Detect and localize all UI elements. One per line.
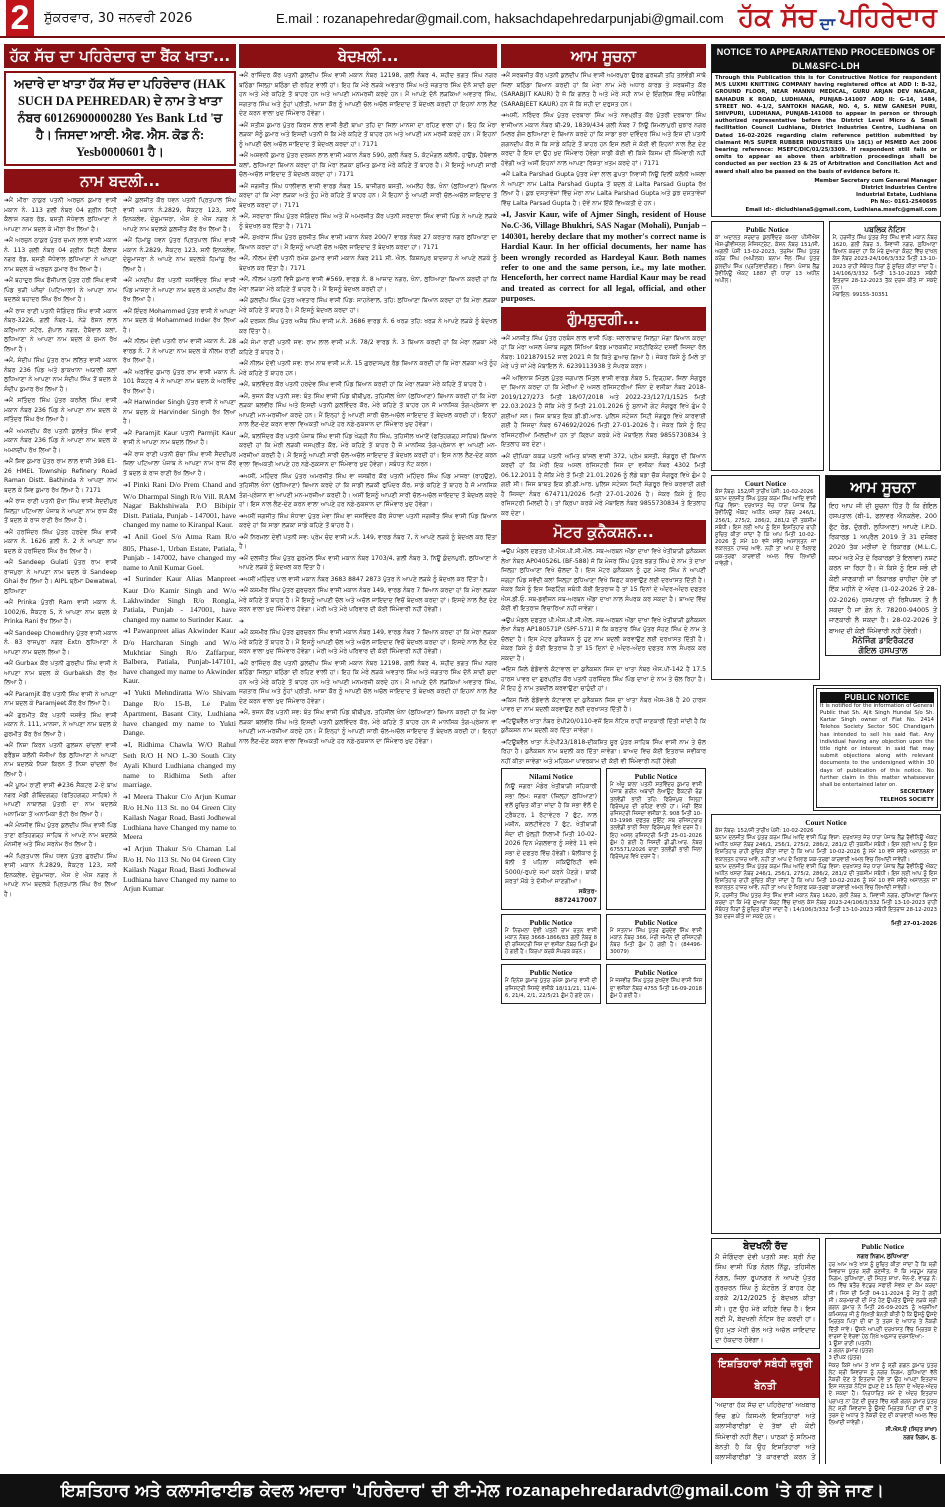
list-item: ਮੈਂ ਪ੍ਰਿਤਪਾਲ ਸਿੰਘ ਧਵਨ ਪੁੱਤਰ ਗੁਰਦੀਪ ਸਿੰਘ … [4,852,117,900]
public-notice-text: ਮੈਂ ਅੰਜੂ ਬਾਲਾ ਪਤਨੀ ਸਤਵਿੰਦਰ ਕੁਮਾਰ ਵਾਸੀ ਪੰ… [610,782,702,861]
list-item: ਮੈਂ ਅਵਿਨਾਸ਼ ਮਿੱਤਲ ਪੁੱਤਰ ਜਗਪਾਲ ਮਿੱਤਲ ਵਾਸੀ… [501,374,706,450]
municipal-subtitle: ਨਗਰ ਨਿਗਮ, ਲੁਧਿਆਣਾ [829,1252,938,1262]
right-stack: ਆਮ ਸੂਚਨਾ ਇਹ ਆਪ ਜੀ ਦੀ ਸੂਚਨਾ ਹਿੱਤ ਹੈ ਕਿ ਗੋ… [825,475,941,684]
list-item: ਮੈਂ ਮੀਰਾ ਠਾਕੁਰ ਪਤਨੀ ਅਰਜੁਨ ਕੁਮਾਰ ਵਾਸੀ ਮਕਾ… [4,196,117,234]
list-item: ਮੈਂ ਰਾਜ ਰਾਣੀ ਪਤਨੀ ਸੁੱਚਾ ਸਿੰਘ ਵਾਸੀ ਸੈਦਦੀਪ… [123,450,236,479]
list-item: ਮੈਂ, ਨੀਲਮ ਪਤਨੀ ਵਿਜੈ ਕੁਮਾਰ ਵਾਸੀ #569, ਵਾਰ… [239,275,497,294]
notice-grid-2: Public Notice ਮੈਂ ਨਿਰਮਲਾ ਦੇਵੀ ਪਤਨੀ ਰਾਮ ਰ… [501,914,706,965]
public-notice-box-4: Public Notice ਮੈਂ ਦਿਨੇਸ਼ ਕੁਮਾਰ ਪੁੱਤਰ ਰਮੇ… [501,964,601,1004]
list-item: ਉਪ ਮੰਡਲ ਦਫਤਰ ਪੀ.ਐਸ.ਪੀ.ਸੀ.ਐਲ. ਸਬ-ਅਰਬਨ ਔਡਾ… [501,547,706,614]
logo-text-3: ਪਹਿਰੇਦਾਰ [839,3,937,34]
municipal-text-2: ਜੇਕਰ ਕਿਸੇ ਆਮ ਤੇ ਖਾਸ ਨੂੰ ਸ਼੍ਰੀ ਗਗਨ ਕੁਮਾਰ … [829,1363,938,1428]
heir-3: 3 ਦੀਪਕ (ਪੁੱਤਰ) [829,1355,938,1362]
parshkish-notice-title: ਪਬਲਿਕ ਨੋਟਿਸ [833,225,938,235]
hospital-notice-text: ਇਹ ਆਪ ਜੀ ਦੀ ਸੂਚਨਾ ਹਿੱਤ ਹੈ ਕਿ ਗੋਇਲ ਹਸਪਤਾਲ… [826,501,940,636]
list-item: ਮੈਂ, ਸੰਦੀਪ ਸਿੰਘ ਪੁੱਤਰ ਰਾਮ ਲਲਿਤ ਵਾਸੀ ਮਕਾਨ… [4,356,117,394]
telehos-sign-1: SECRETARY [820,789,934,796]
list-item [239,617,497,627]
list-item: ਅਸੀਂ ਜਗਜੀਤ ਸਿੰਘ ਸੰਧਾਵਾ ਪੁੱਤਰ ਮੇਵਾ ਸਿੰਘ ਵ… [239,512,497,531]
column-public-notice: ਆਮ ਸੂਚਨਾ ਮੈਂ ਸਰਬਜੀਤ ਕੌਰ ਪਤਨੀ ਕੁਲਦੀਪ ਸਿੰਘ… [501,44,706,1464]
list-item-english: I Surinder Kaur Alias Manpreet Kaur D/o … [123,574,236,624]
court-notice-meta: ਕੇਸ ਨੰਬਰ: 152/ਸੀ ਤਾਰੀਖ ਪੇਸ਼ੀ: 10-02-2026 [715,828,937,835]
dlm-sign-2: District Industries Centre [712,185,940,192]
list-item: ਮੈਂ ਰਾਜਿੰਦਰ ਕੌਰ ਪਤਨੀ ਕੁਲਦੀਪ ਸਿੰਘ ਵਾਸੀ ਮਕ… [239,659,497,707]
list-item: ਮੈਂ ਹਿਮਾਂਸ਼ੂ ਧਵਨ ਪੁੱਤਰ ਪ੍ਰਿਤਪਾਲ ਸਿੰਘ ਵਾਸ… [123,236,236,274]
dlm-sign-email[interactable]: Email id:- dicludhiana5@gmail.com, Ludhi… [712,207,940,216]
municipal-notice-box: Public Notice ਨਗਰ ਨਿਗਮ, ਲੁਧਿਆਣਾ ਹਰ ਆਮ ਅਤ… [825,1238,942,1464]
municipal-sign-1: ਸੀ.ਐਸ.ਓ (ਸਿਹਤ ਸ਼ਾਖਾ) [829,1427,938,1434]
list-item: ਮੈਂ ਗੁਰਮੀਤ ਕੌਰ ਪਤਨੀ ਜਸਵੰਤ ਸਿੰਘ ਵਾਸੀ ਮਕਾਨ… [4,711,117,740]
list-item: ਮੈਂ Prinka ਪੁੱਤਰੀ Ram ਵਾਸੀ ਮਕਾਨ ਨੰ. 1002… [4,598,117,627]
notice-grid-1: Nilami Notice ਨਿਊ ਜਗਰਾ ਮੰਡੇਰ ਖੇਤੀਬਾੜੀ ਸਹ… [501,768,706,914]
page-header: 2 ਸ਼ੁੱਕਰਵਾਰ, 30 ਜਨਵਰੀ 2026 E.mail : roza… [0,0,945,38]
list-item: ਮੈਂ ਸਤਿੰਦਰ ਸਿੰਘ ਪੁੱਤਰ ਕਰਨੈਲ ਸਿੰਘ ਵਾਸੀ ਮਕ… [4,396,117,425]
dlm-notice-heading: NOTICE TO APPEAR/ATTEND PROCEEDINGS OF D… [712,45,940,73]
list-item: ਮੈਂ ਨੀਲਮ ਦੇਵੀ ਪਤਨੀ ਸਵ: ਰਾਮ ਨਾਥ ਵਾਸੀ ਮ.ਨੰ… [239,359,497,378]
list-item: ਮੈਂ ਮਨਜੀਤ ਸਿੰਘ ਪੁੱਤਰ ਹਰਬੰਸ ਲਾਲ ਵਾਸੀ ਪਿੰਡ… [501,334,706,372]
municipal-title: Public Notice [829,1242,938,1252]
list-item-english: I, Ridhima Chawla W/O Rahul Seth R/O H N… [123,740,236,790]
notice-row-3: ਬੇਦਖਲੀ ਰੱਦ ਮੈਂ ਜੋਗਿੰਦਰਾ ਦੇਵੀ ਪਤਨੀ ਸਵ: ਸ਼… [711,1238,941,1464]
list-item: ਮੈਂ, ਸਰਦਾਰਾ ਸਿੰਘ ਪੁੱਤਰ ਜੋਗਿੰਦਰ ਸਿੰਘ ਅਤੇ … [239,212,497,231]
list-item: ਇਸ ਜ਼ਿਲੇ ਫੰਡੋਵਾਲੇ ਕੋਟਾਵਾਲ ਦਾ ਕੁਨੈਕਸ਼ਨ ਜਿ… [501,665,706,694]
logo-text-1: ਹੱਕ ਸੱਚ [738,3,816,34]
auction-notice-sign: ਸਕੱਤਰ- [505,887,597,897]
list-item-english: I Pawanpreet alias Akwinder Kaur D/o Har… [123,626,236,686]
court-public-notice-title: Public Notice [715,225,820,235]
revocation-notice-box: ਬੇਦਖਲੀ ਰੱਦ ਮੈਂ ਜੋਗਿੰਦਰਾ ਦੇਵੀ ਪਤਨੀ ਸਵ: ਸ਼… [711,1238,820,1350]
dlm-notice-text: Through this Publication this is for Con… [712,73,940,178]
public-notice-box-2: Public Notice ਮੈਂ ਨਿਰਮਲਾ ਦੇਵੀ ਪਤਨੀ ਰਾਮ ਰ… [501,914,601,961]
list-item: ਟਿਊਬਵੈੱਲ ਖਾਤਾ ਨੰਬਰ ਏਪੀ20/0110-ਵਜੋਂ ਇਸ ਨੋ… [501,717,706,736]
list-item: ਮੈਂ Paramjit ਕੌਰ ਪਤਨੀ ਸਿੰਘ ਵਾਸੀ ਨੇ ਆਪਣਾ … [4,690,117,709]
list-item: ਮੈਂ ਨਿਰਮਲਾ ਦੇਵੀ ਪਤਨੀ ਸਵ: ਪ੍ਰੇਮ ਚੰਦ ਵਾਸੀ … [239,533,497,552]
public-notice-title: Public Notice [610,772,702,782]
public-notice-text: ਮੈਂ ਜਸਵੀਰ ਸਿੰਘ ਪੁੱਤਰ ਸੁਖਦੇਵ ਸਿੰਘ ਵਾਸੀ ਜਿ… [610,978,702,1000]
court-notice-left: Court Notice ਕੇਸ ਨੰਬਰ: 152/ਸੀ ਤਾਰੀਖ ਪੇਸ਼… [711,475,820,680]
list-item: ਮੈਂ ਮੰਨਜੀਵ ਸਿੰਘ ਪੁੱਤਰ ਕੁਲਦੀਪ ਸਿੰਘ ਵਾਸੀ ਪ… [4,821,117,850]
list-item: ਮੈਂ ਨਿਸ਼ਾ ਕਿਰਨ ਪਤਨੀ ਗੁਲਸ਼ਨ ਚਾਂਦਲਾਂ ਵਾਸੀ … [4,741,117,779]
notice-grid-3: Public Notice ਮੈਂ ਦਿਨੇਸ਼ ਕੁਮਾਰ ਪੁੱਤਰ ਰਮੇ… [501,964,706,1008]
dlm-notice-box: NOTICE TO APPEAR/ATTEND PROCEEDINGS OF D… [711,44,941,217]
list-item: ਕਿਸ ਜ਼ਿਲੇ ਫੰਡੋਵਾਲੇ ਕੋਟਾਵਾਲ ਦਾ ਕੁਨੈਕਸ਼ਨ ਜ… [501,696,706,715]
list-item: ਮੈਂ ਹਰਜਿੰਦਰ ਸਿੰਘ ਪੁੱਤਰ ਹਰਦੇਵ ਸਿੰਘ ਵਾਸੀ ਮ… [4,528,117,557]
list-item: ਮੈਂ Paramjit Kaur ਪਤਨੀ Parmjit Kaur ਵਾਸੀ… [123,429,236,448]
list-item-english: I Arjun Thakur S/o Chaman Lal R/o H. No … [123,844,236,894]
telehos-heading: PUBLIC NOTICE [820,692,934,703]
public-notice-text: ਮੈਂ ਨਿਰਮਲਾ ਦੇਵੀ ਪਤਨੀ ਰਾਮ ਰਤਨ ਵਾਸੀ ਮਕਾਨ ਨ… [505,928,597,957]
lost-heading: ਗੁੰਮਸ਼ੁਦਗੀ... [501,307,706,331]
list-item: ਮੈਂ, ਸੁਖਰਾਜ ਸਿੰਘ ਪੁੱਤਰ ਸੁਰਜੀਤ ਸਿੰਘ ਵਾਸੀ … [239,233,497,252]
telehos-text: It is notified for the information of Ge… [820,703,934,789]
header-email[interactable]: E.mail : rozanapehredar@gmail.com, haksa… [276,11,726,26]
revocation-title: ਬੇਦਖਲੀ ਰੱਦ [715,1242,816,1252]
list-item: ਮੈਂ ਅਮਨਦੀਪ ਕੌਰ ਪਤਨੀ ਕੁਲਵੰਤ ਸਿੰਘ ਵਾਸੀ ਮਕਾ… [4,427,117,456]
disinheritance-heading: ਬੇਦਖ਼ਲੀ... [239,44,497,68]
list-item: ਮੈਂ ਕੁਲਦੀਪ ਸਿੰਘ ਪੁੱਤਰ ਅਵਤਾਰ ਸਿੰਘ ਵਾਸੀ ਪਿ… [239,296,497,315]
parshkish-phone: ਮੋਬਾਇਲ: 99155-30351 [833,292,938,299]
issue-date: ਸ਼ੁੱਕਰਵਾਰ, 30 ਜਨਵਰੀ 2026 [44,11,234,26]
list-item: ਮੈਂ ਰਾਜ ਰਾਣੀ ਪਤਨੀ ਜੋਗਿੰਦਰ ਸਿੰਘ ਵਾਸੀ ਮਕਾਨ… [4,307,117,355]
telehos-sign-2: TELEHOS SOCIETY [820,797,934,804]
list-item-english: I Anil Goel S/o Atma Ram R/o 805, Phase-… [123,532,236,572]
list-item-english: I Yukti Mehndiratta W/o Shivam Dange R/o… [123,688,236,738]
court-notice-text: ਬਨਾਮ ਦਲਜੀਤ ਸਿੰਘ ਪੁੱਤਰ ਕਰਮ ਸਿੰਘ ਆਦਿ ਵਾਸੀ … [715,496,816,568]
court-notice-title: Court Notice [715,479,816,489]
public-notice-title: Public Notice [610,918,702,928]
list-item: ਮੈਂ ਸ਼ਿਵ ਕੁਮਾਰ ਪੁੱਤਰ ਰਾਮ ਲਾਲ ਵਾਸੀ 398 E1… [4,457,117,495]
footer-text: ਇਸ਼ਤਿਹਾਰ ਅਤੇ ਕਲਾਸੀਫਾਈਡ ਕੇਵਲ ਅਦਾਰਾ 'ਪਹਿਰੇ… [61,1481,500,1501]
public-notice-text: ਮੈਂ ਦਿਨੇਸ਼ ਕੁਮਾਰ ਪੁੱਤਰ ਰਮੇਸ਼ ਕੁਮਾਰ ਵਾਸੀ … [505,978,597,1000]
court-notice-text-repeat: ਮੈਂ, ਹਰਜੀਤ ਸਿੰਘ ਪੁੱਤਰ ਸੰਤ ਸਿੰਘ ਵਾਸੀ ਮਕਾਨ… [715,893,937,922]
dlm-sign-3: Industrial Estate, Ludhiana [712,192,940,199]
list-item: ਮੈਂ, ਭਜਨ ਕੌਰ ਪਤਨੀ ਸਵ: ਬੰਤ ਸਿੰਘ ਵਾਸੀ ਪਿੰਡ… [239,708,497,746]
list-item: ਮੈਂ Gurbax ਕੌਰ ਪਤਨੀ ਗੁਰਦੀਪ ਸਿੰਘ ਵਾਸੀ ਨੇ … [4,659,117,688]
hospital-notice-box: ਆਮ ਸੂਚਨਾ ਇਹ ਆਪ ਜੀ ਦੀ ਸੂਚਨਾ ਹਿੱਤ ਹੈ ਕਿ ਗੋ… [825,475,941,656]
list-item: ਮੈਂ ਰਾਜ ਰਾਣੀ ਪਤਨੀ ਸੁੱਖਾ ਸਿੰਘ ਵਾਸੀ ਸੈਦਦੀਪ… [4,497,117,526]
list-item: ਮੈਂ Sandeep Chowdhry ਪੁੱਤਰ ਵਾਸੀ ਮਕਾਨ ਨੰ.… [4,629,117,658]
public-notice-title: Public Notice [610,968,702,978]
court-public-notice: Public Notice ਕਾ ਅਦਾਲਤ ਸਰਦਾਰ ਕੁਲਵਿੰਦਰ ਕਮ… [711,221,824,471]
public-notice-box-1: Public Notice ਮੈਂ ਅੰਜੂ ਬਾਲਾ ਪਤਨੀ ਸਤਵਿੰਦਰ… [606,768,706,910]
list-item: ਮੈਂ ਕਸ਼ਮੀਰ ਸਿੰਘ ਪੁੱਤਰ ਗੁਰਚਰਨ ਸਿੰਘ ਵਾਸੀ ਮ… [239,586,497,615]
motor-connection-heading: ਮੋਟਰ ਕੁਨੈਕਸ਼ਨ... [501,520,706,544]
list-item: ਮੈਂ ਕਸ਼ਮੀਰ ਸਿੰਘ ਪੁੱਤਰ ਗੁਰਚਰਨ ਸਿੰਘ ਵਾਸੀ ਮ… [239,628,497,657]
dlm-sign-4: Ph No:- 0161-2540695 [712,199,940,206]
footer-band: ਇਸ਼ਤਿਹਾਰ ਅਤੇ ਕਲਾਸੀਫਾਈਡ ਕੇਵਲ ਅਦਾਰਾ 'ਪਹਿਰੇ… [0,1474,945,1507]
general-notice-heading: ਆਮ ਸੂਚਨਾ [501,44,706,68]
list-item: ਮੈਂ ਦਰਸ਼ਨ ਸਿੰਘ ਪੁੱਤਰ ਅਜੈਬ ਸਿੰਘ ਵਾਸੀ ਮ.ਨੰ… [239,317,497,336]
list-item: ਮੈਂ ਬਹਾਦੁਰ ਸਿੰਘ ਫੌਜੀਪਾਲ ਪੁੱਤਰ ਹਰੀ ਸਿੰਘ ਵ… [4,276,117,305]
public-notice-text: ਮੈਂ ਸਤਨਾਮ ਸਿੰਘ ਪੁੱਤਰ ਗੁਰਦੇਵ ਸਿੰਘ ਵਾਸੀ ਮਕ… [610,928,702,957]
name-change-list: ਮੈਂ ਮੀਰਾ ਠਾਕੁਰ ਪਤਨੀ ਅਰਜੁਨ ਕੁਮਾਰ ਵਾਸੀ ਮਕਾ… [4,196,236,899]
list-item: ਮੈਂ, ਨੀਲਮ ਦੇਵੀ ਪਤਨੀ ਰਮੇਸ਼ ਕੁਮਾਰ ਵਾਸੀ ਮਕਾ… [239,254,497,273]
list-item: ਮੈਂ Lalta Parshad Gupta ਪੁੱਤਰ ਮੇਵਾ ਲਾਲ ਗ… [501,170,706,208]
list-item: ਮੈਂ ਦੀਪਿਕਾ ਕਕੜ ਪਤਨੀ ਅਮਿਤ ਬਾਂਸਲ ਵਾਸੀ 372,… [501,452,706,519]
list-item: ਮੈਂ ਦਲਜੀਤ ਸਿੰਘ ਪੁੱਤਰ ਗੁਰਮੇਲ ਸਿੰਘ ਵਾਸੀ ਮਕ… [239,554,497,573]
bank-account-heading: ਹੱਕ ਸੱਚ ਦਾ ਪਹਿਰੇਦਾਰ ਦਾ ਬੈਂਕ ਖਾਤਾ... [4,44,236,68]
list-item: ਮੈਂ, ਭਜਨ ਕੌਰ ਪਤਨੀ ਸਵ: ਬੰਤ ਸਿੰਘ ਵਾਸੀ ਪਿੰਡ… [239,392,497,430]
list-item: ਮੈਂ ਸੇਮਾ ਰਾਣੀ ਪਤਨੀ ਸਵ: ਰਾਮ ਲਾਲ ਵਾਸੀ ਮ.ਨੰ… [239,338,497,357]
municipal-sign-2: ਨਗਰ ਨਿਗਮ, ਲੁ. [829,1435,938,1442]
court-notice-text-repeat: ਬਨਾਮ ਦਲਜੀਤ ਸਿੰਘ ਪੁੱਤਰ ਕਰਮ ਸਿੰਘ ਆਦਿ ਵਾਸੀ … [715,864,937,893]
auction-notice-text: ਨਿਊ ਜਗਰਾ ਮੰਡੇਰ ਖੇਤੀਬਾੜੀ ਸਹਿਕਾਰੀ ਸਭਾ ਲਿਮ:… [505,782,597,887]
column-name-change: ਹੱਕ ਸੱਚ ਦਾ ਪਹਿਰੇਦਾਰ ਦਾ ਬੈਂਕ ਖਾਤਾ... ਅਦਾਰ… [4,44,236,1464]
revocation-text: ਮੈਂ ਜੋਗਿੰਦਰਾ ਦੇਵੀ ਪਤਨੀ ਸਵ: ਸ਼੍ਰੀ ਨੰਦ ਸਿੰ… [715,1252,816,1346]
list-item: ਮੈਂ ਸਰਬਜੀਤ ਕੌਰ ਪਤਨੀ ਕੁਲਦੀਪ ਸਿੰਘ ਵਾਸੀ ਅਮਰ… [501,71,706,109]
list-item: ਮੈਂ ਕੁਲਜੀਤ ਕੌਰ ਧਵਨ ਪਤਨੀ ਪ੍ਰਿਤਪਾਲ ਸਿੰਘ ਵਾ… [123,196,236,234]
list-item: ਮੈਂ, ਬਲਵਿੰਦਰ ਕੌਰ ਪਤਨੀ ਹਰਦੇਵ ਸਿੰਘ ਵਾਸੀ ਪਿ… [239,380,497,390]
court-notice-wide: Court Notice ਕੇਸ ਨੰਬਰ: 152/ਸੀ ਤਾਰੀਖ ਪੇਸ਼… [711,814,941,1234]
court-notice-title: Court Notice [715,818,937,828]
court-notice-text: ਬਨਾਮ ਦਲਜੀਤ ਸਿੰਘ ਪੁੱਤਰ ਕਰਮ ਸਿੰਘ ਆਦਿ ਵਾਸੀ … [715,835,937,864]
list-item: ਮੈਂ ਜਗਜੀਤ ਸਿੰਘ ਧਾਲੀਵਾਲ ਵਾਸੀ ਵਾਰਡ ਨੰਬਰ 15… [239,182,497,211]
auction-notice-phone: 8872417007 [505,896,597,906]
bank-account-box: ਅਦਾਰੇ ਦਾ ਖਾਤਾ ਹੱਕ ਸੱਚ ਦਾ ਪਹਿਰੇਦਾਰ (HAK S… [4,71,236,166]
court-public-notice-text: ਕਾ ਅਦਾਲਤ ਸਰਦਾਰ ਕੁਲਵਿੰਦਰ ਕਮਲਾ ਪੀਸੀਐਸ ਐਸ-ਡ… [715,235,820,285]
page-number: 2 [6,0,34,36]
public-notice-box-5: Public Notice ਮੈਂ ਜਸਵੀਰ ਸਿੰਘ ਪੁੱਤਰ ਸੁਖਦੇ… [606,964,706,1004]
list-item: ਮੈਂ Sandeep Gulati ਪੁੱਤਰ ਰਾਮ ਵਾਸੀ ਰਾਜਪੁਰ… [4,558,117,596]
public-notice-box-3: Public Notice ਮੈਂ ਸਤਨਾਮ ਸਿੰਘ ਪੁੱਤਰ ਗੁਰਦੇ… [606,914,706,961]
public-notice-title: Public Notice [505,968,597,978]
court-notice-date: ਮਿਤੀ 27-01-2026 [715,921,937,928]
notice-row-2: Court Notice ਕੇਸ ਨੰਬਰ: 152/ਸੀ ਤਾਰੀਖ ਪੇਸ਼… [711,475,941,684]
auction-notice-title: Nilami Notice [505,772,597,782]
list-item-english: I Meera Thakur C/o Arjun Kumar R/o H.No … [123,792,236,842]
parshkish-notice: ਪਬਲਿਕ ਨੋਟਿਸ ਮੈਂ, ਹਰਜੀਤ ਸਿੰਘ ਪੁੱਤਰ ਸੰਤ ਸਿ… [829,221,942,471]
hospital-notice-heading: ਆਮ ਸੂਚਨਾ [826,476,940,498]
list-item: ਟਿਊਬਵੈੱਲ ਖਾਤਾ ਨੰ.ਏਪੀ23/1818-ਦੀਕਸ਼ਿਤ ਸੂਰ … [501,738,706,767]
logo-text-2: ਦਾ [820,14,835,34]
parshkish-notice-text: ਮੈਂ, ਹਰਜੀਤ ਸਿੰਘ ਪੁੱਤਰ ਸੰਤ ਸਿੰਘ ਵਾਸੀ ਮਕਾਨ… [833,235,938,293]
list-item: ਮੈਂ ਇੰਦਰ Mohammed ਪੁੱਤਰ ਵਾਸੀ ਨੇ ਆਪਣਾ ਨਾਮ… [123,307,236,336]
list-item: ਮੈਂ ਅਸ਼ਵਨੀ ਕੁਮਾਰ ਪੁੱਤਰ ਦਰਸ਼ਨ ਲਾਲ ਵਾਸੀ ਮਕ… [239,151,497,180]
list-item: ਮੈਂ ਮਨਦੀਪ ਕੌਰ ਪਤਨੀ ਜਸਵਿੰਦਰ ਸਿੰਘ ਵਾਸੀ ਪਿੰ… [123,276,236,305]
masthead-logo: ਹੱਕ ਸੱਚ ਦਾ ਪਹਿਰੇਦਾਰ [738,3,937,34]
list-item: ਮੈਂ ਅਰਵਿੰਦ ਕੁਮਾਰ ਪੁੱਤਰ ਰਾਮ ਵਾਸੀ ਮਕਾਨ ਨੰ.… [123,368,236,397]
english-notice: I, Jasvir Kaur, wife of Ajmer Singh, res… [501,210,706,305]
telehos-notice-box: PUBLIC NOTICE It is notified for the inf… [816,688,938,808]
name-change-heading: ਨਾਮ ਬਦਲੀ... [4,169,236,193]
list-item: ਮੈਂ ਪੂਨਮ ਰਾਣੀ ਵਾਸੀ #236 ਸੈਕਟਰ 2-ਏ ਬਾਘ ਨਗ… [4,781,117,819]
column-disinheritance: ਬੇਦਖ਼ਲੀ... ਮੈਂ ਰਾਜਿੰਦਰ ਕੌਰ ਪਤਨੀ ਕੁਲਦੀਪ ਸ… [239,44,497,1464]
court-notice-meta: ਕੇਸ ਨੰਬਰ: 152/ਸੀ ਤਾਰੀਖ ਪੇਸ਼ੀ: 10-02-2026 [715,489,816,496]
list-item: ਮੈਂ ਸਤੀਸ਼ ਕੁਮਾਰ ਪੁੱਤਰ ਕਿਰਜ ਲਾਲ ਵਾਸੀ ਭੈਣੀ… [239,121,497,150]
appeal-text: 'ਅਦਾਰਾ ਹੱਕ ਸੱਚ ਦਾ ਪਹਿਰੇਦਾਰ' ਅਖ਼ਬਾਰ ਵਿਚ ਛ… [712,1398,819,1464]
hospital-sign-2: ਗੋਇਲ ਹਸਪਤਾਲ [826,646,940,656]
hospital-sign-1: ਮੈਨੇਜਿੰਗ ਡਾਇਰੈਕਟਰ [826,636,940,646]
list-item: ਮੈਂ, ਬਲਜਿੰਦਰ ਕੌਰ ਪਤਨੀ ਪੰਜਾਬ ਸਿੰਘ ਵਾਸੀ ਪਿ… [239,432,497,470]
list-item: ਮੈਂ ਅਰਜੁਨ ਠਾਕੁਰ ਪੁੱਤਰ ਚਮਨ ਲਾਲ ਵਾਸੀ ਮਕਾਨ … [4,236,117,274]
auction-notice-box: Nilami Notice ਨਿਊ ਜਗਰਾ ਮੰਡੇਰ ਖੇਤੀਬਾੜੀ ਸਹ… [501,768,601,910]
appeal-heading: ਇਸ਼ਤਿਹਾਰਾਂ ਸਬੰਧੀ ਜ਼ਰੂਰੀ ਬੇਨਤੀ [712,1354,819,1398]
left-stack: ਬੇਦਖਲੀ ਰੱਦ ਮੈਂ ਜੋਗਿੰਦਰਾ ਦੇਵੀ ਪਤਨੀ ਸਵ: ਸ਼… [711,1238,820,1464]
list-item: ਅਸੀਂ ਮਹਿੰਦਰ ਪਾਲ ਵਾਸੀ ਮਕਾਨ ਨੰਬਰ 3683 8847… [239,575,497,585]
list-item-english: I Pinki Rani D/o Prem Chand and W/o Dhar… [123,480,236,530]
list-item: ਮੈਂ ਨੀਲਮ ਦੇਵੀ ਪਤਨੀ ਰਾਮ ਵਾਸੀ ਮਕਾਨ ਨੰ. 28 … [123,337,236,366]
footer-email[interactable]: rozanapehredaradvt@gmail.com [506,1481,769,1500]
public-notice-title: Public Notice [505,918,597,928]
list-item: ਉਪ ਮੰਡਲ ਦਫਤਰ ਪੀ.ਐਸ.ਪੀ.ਸੀ.ਐਲ. ਸਬ-ਅਰਬਨ ਔਡਾ… [501,616,706,664]
list-item: ਅਸੀਂ, ਮਹਿੰਦਰ ਸਿੰਘ ਪੁੱਤਰ ਅਮਰਜੀਤ ਸਿੰਘ ਵਾ ਜ… [239,472,497,510]
list-item: ਮੈਂ ਰਾਜਿੰਦਰ ਕੌਰ ਪਤਨੀ ਕੁਲਦੀਪ ਸਿੰਘ ਵਾਸੀ ਮਕ… [239,71,497,119]
municipal-text: ਹਰ ਆਮ ਅਤੇ ਖਾਸ ਨੂੰ ਸੂਚਿਤ ਕੀਤਾ ਜਾਂਦਾ ਹੈ ਕਿ… [829,1262,938,1341]
footer-suffix: 'ਤੇ ਹੀ ਭੇਜੇ ਜਾਣ। [775,1481,884,1501]
appeal-box: ਇਸ਼ਤਿਹਾਰਾਂ ਸਬੰਧੀ ਜ਼ਰੂਰੀ ਬੇਨਤੀ 'ਅਦਾਰਾ ਹੱਕ… [711,1353,820,1464]
column-legal-notices: NOTICE TO APPEAR/ATTEND PROCEEDINGS OF D… [711,44,941,1464]
notice-row-1: Public Notice ਕਾ ਅਦਾਲਤ ਸਰਦਾਰ ਕੁਲਵਿੰਦਰ ਕਮ… [711,221,941,475]
dlm-sign-1: Member Secretary cum General Manager [712,178,940,185]
list-item: ਮੈਂ Harwinder Singh ਪੁੱਤਰ ਵਾਸੀ ਨੇ ਆਪਣਾ ਨ… [123,398,236,427]
list-item: ਅਸੀਂ, ਨਰਿੰਦਰ ਸਿੰਘ ਪੁੱਤਰ ਦਰਬਾਰਾ ਸਿੰਘ ਅਤੇ … [501,111,706,168]
